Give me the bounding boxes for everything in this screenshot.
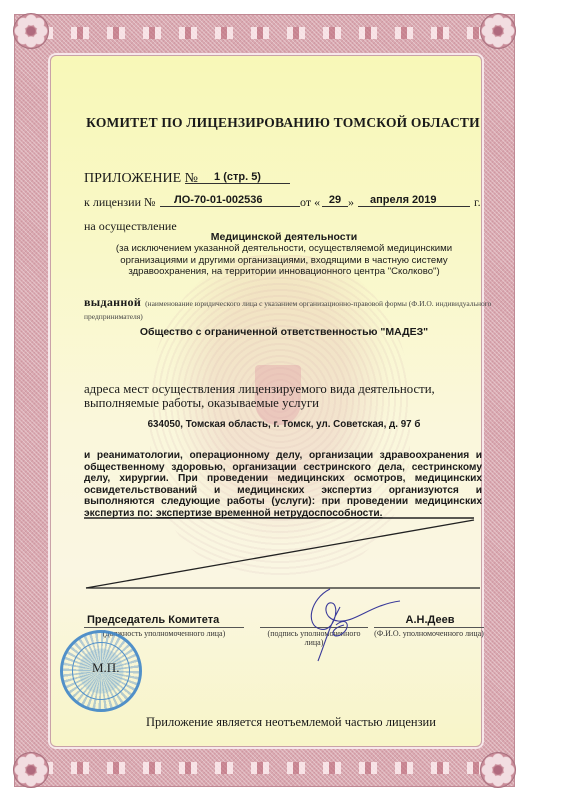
signer-position: Председатель Комитета <box>87 614 219 626</box>
appendix-value: 1 (стр. 5) <box>185 171 290 184</box>
issued-label: выданной <box>84 295 141 309</box>
rosette-icon <box>480 752 516 788</box>
rosette-icon <box>13 13 49 49</box>
date-suffix: г. <box>474 195 481 210</box>
date-month-year: апреля 2019 <box>358 194 470 207</box>
organization-name: Общество с ограниченной ответственностью… <box>84 326 484 338</box>
activity-title: Медицинской деятельности <box>84 231 484 243</box>
services-paragraph: и реаниматологии, операционному делу, ор… <box>84 450 482 520</box>
signature-icon <box>300 585 410 665</box>
license-number: ЛО-70-01-002536 <box>160 194 300 207</box>
date-close-quote: » <box>348 195 354 210</box>
border-ornament-top <box>35 27 494 39</box>
date-day: 29 <box>322 194 348 207</box>
border-ornament-bottom <box>35 762 494 774</box>
footer-note: Приложение является неотъемлемой частью … <box>146 715 436 730</box>
address-label: адреса мест осуществления лицензируемого… <box>84 383 484 410</box>
rosette-icon <box>13 752 49 788</box>
cancellation-z-line <box>84 514 484 596</box>
issued-hint: (наименование юридического лица с указан… <box>84 299 491 321</box>
date-from-label: от « <box>300 195 320 210</box>
issuer-heading: КОМИТЕТ ПО ЛИЦЕНЗИРОВАНИЮ ТОМСКОЙ ОБЛАСТ… <box>60 115 506 131</box>
address-value: 634050, Томская область, г. Томск, ул. С… <box>84 419 484 430</box>
appendix-label: ПРИЛОЖЕНИЕ № <box>84 171 198 187</box>
activity-note: (за исключением указанной деятельности, … <box>84 243 484 278</box>
stamp-mark: М.П. <box>92 660 119 676</box>
rosette-icon <box>480 13 516 49</box>
issued-block: выданной (наименование юридического лица… <box>84 296 494 322</box>
license-label: к лицензии № <box>84 195 155 210</box>
